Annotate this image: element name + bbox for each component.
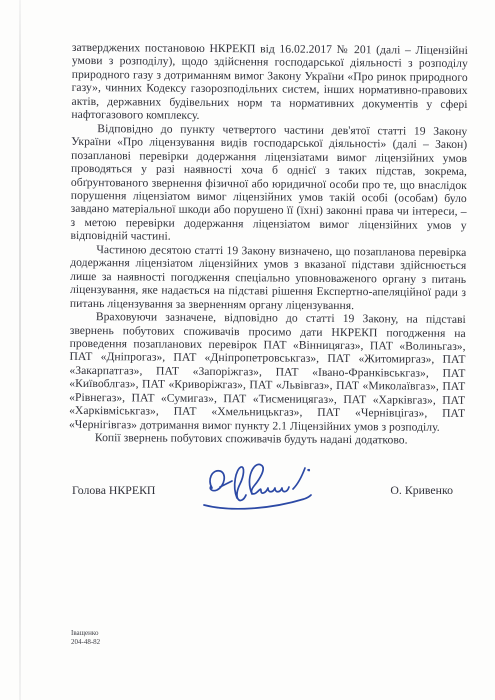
signer-title: Голова НКРЕКП [72,483,155,498]
paragraph-3: Частиною десятою статті 19 Закону визнач… [70,243,467,313]
letter-body: затверджених постановою НКРЕКП від 16.02… [69,41,468,448]
executor-phone: 204-48-82 [71,638,100,647]
scan-edge-line [19,0,21,700]
handwritten-signature-icon [196,456,346,518]
signer-name: О. Кривенко [390,483,453,498]
paragraph-4: Враховуючи зазначене, відповідно до стат… [69,310,466,434]
paragraph-5: Копії звернень побутових споживачів буду… [69,431,465,448]
executor-name: Іващенко [71,629,100,638]
paragraph-2: Відповідно до пункту четвертого частини … [70,122,467,246]
paragraph-1: затверджених постановою НКРЕКП від 16.02… [71,41,468,125]
executor-footer: Іващенко 204-48-82 [71,629,100,646]
document-page: затверджених постановою НКРЕКП від 16.02… [0,0,495,700]
